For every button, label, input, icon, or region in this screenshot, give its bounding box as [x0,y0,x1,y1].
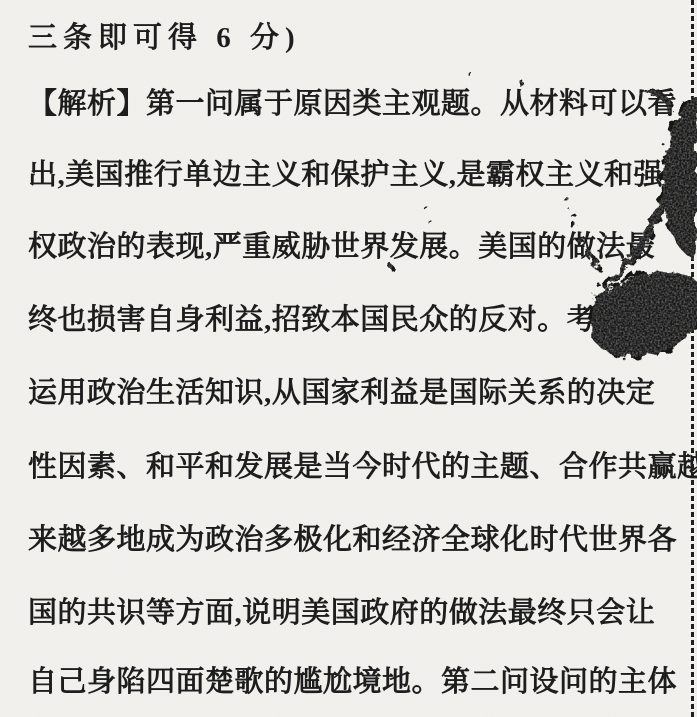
text-line: 运用政治生活知识,从国家利益是国际关系的决定 [28,379,655,408]
text-line: 权政治的表现,严重威胁世界发展。美国的做法最 [28,233,655,262]
scanned-document-page: 三条即可得 6 分) 【解析】第一问属于原因类主观题。从材料可以看 出,美国推行… [0,0,697,717]
text-line: 出,美国推行单边主义和保护主义,是霸权主义和强 [28,161,663,190]
text-line: 终也损害自身利益,招致本国民众的反对。考生可 [28,306,655,335]
text-line: 三条即可得 6 分) [28,24,301,53]
text-line: 国的共识等方面,说明美国政府的做法最终只会让 [28,599,655,628]
text-line: 【解析】第一问属于原因类主观题。从材料可以看 [28,90,677,119]
page-edge-dashed-line [691,0,694,717]
text-line: 自己身陷四面楚歌的尴尬境地。第二问设问的主体 [28,668,677,697]
text-line: 性因素、和平和发展是当今时代的主题、合作共赢越 [28,453,697,482]
text-line: 来越多地成为政治多极化和经济全球化时代世界各 [28,526,677,555]
